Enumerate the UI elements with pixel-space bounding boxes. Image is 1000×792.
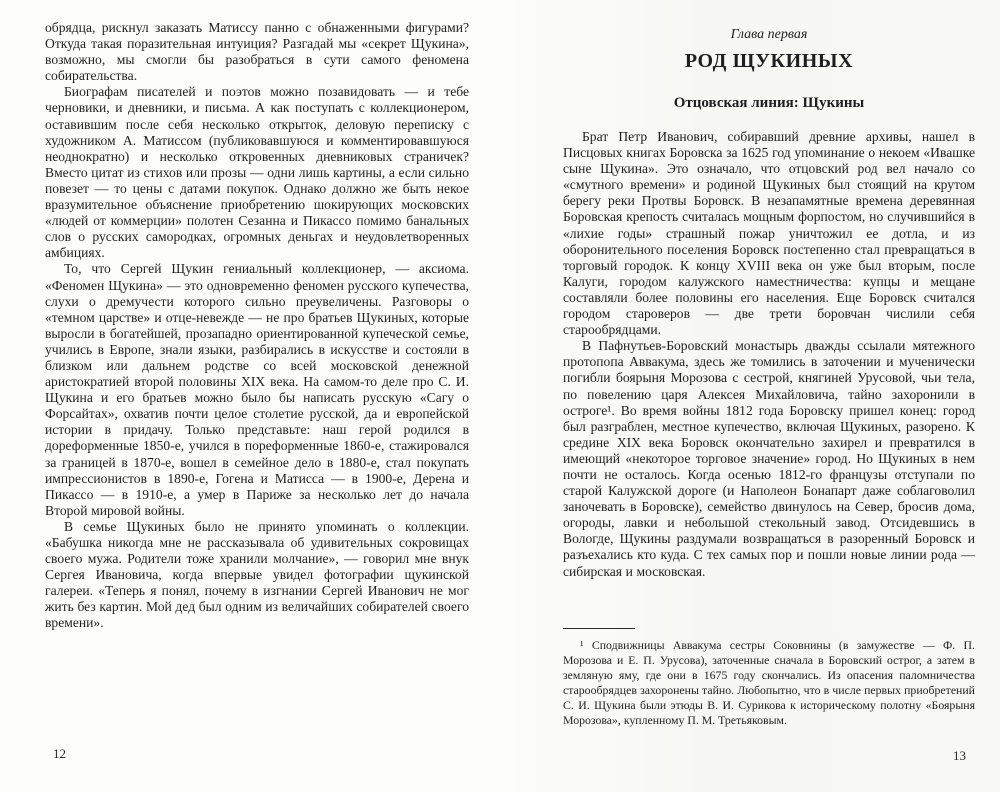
footnote-rule (563, 628, 635, 629)
right-page: Глава первая РОД ЩУКИНЫХ Отцовская линия… (563, 20, 975, 740)
page-number-left: 12 (53, 746, 66, 762)
chapter-label: Глава первая (563, 26, 975, 43)
left-page: обрядца, рискнул заказать Матиссу панно … (45, 20, 469, 740)
book-spread: обрядца, рискнул заказать Матиссу панно … (0, 0, 1000, 792)
chapter-title: РОД ЩУКИНЫХ (563, 50, 975, 73)
footnote-block: ¹ Сподвижницы Аввакума сестры Соковнины … (563, 628, 975, 728)
paragraph: То, что Сергей Щукин гениальный коллекци… (45, 261, 469, 519)
paragraph: Брат Петр Иванович, собиравший древние а… (563, 129, 975, 338)
paragraph: Биографам писателей и поэтов можно позав… (45, 84, 469, 261)
page-number-right: 13 (953, 748, 966, 764)
paragraph: обрядца, рискнул заказать Матиссу панно … (45, 20, 469, 84)
section-title: Отцовская линия: Щукины (563, 94, 975, 112)
paragraph: В Пафнутьев-Боровский монастырь дважды с… (563, 338, 975, 579)
footnote-text: ¹ Сподвижницы Аввакума сестры Соковнины … (563, 638, 975, 728)
paragraph: В семье Щукиных было не принято упоминат… (45, 519, 469, 632)
